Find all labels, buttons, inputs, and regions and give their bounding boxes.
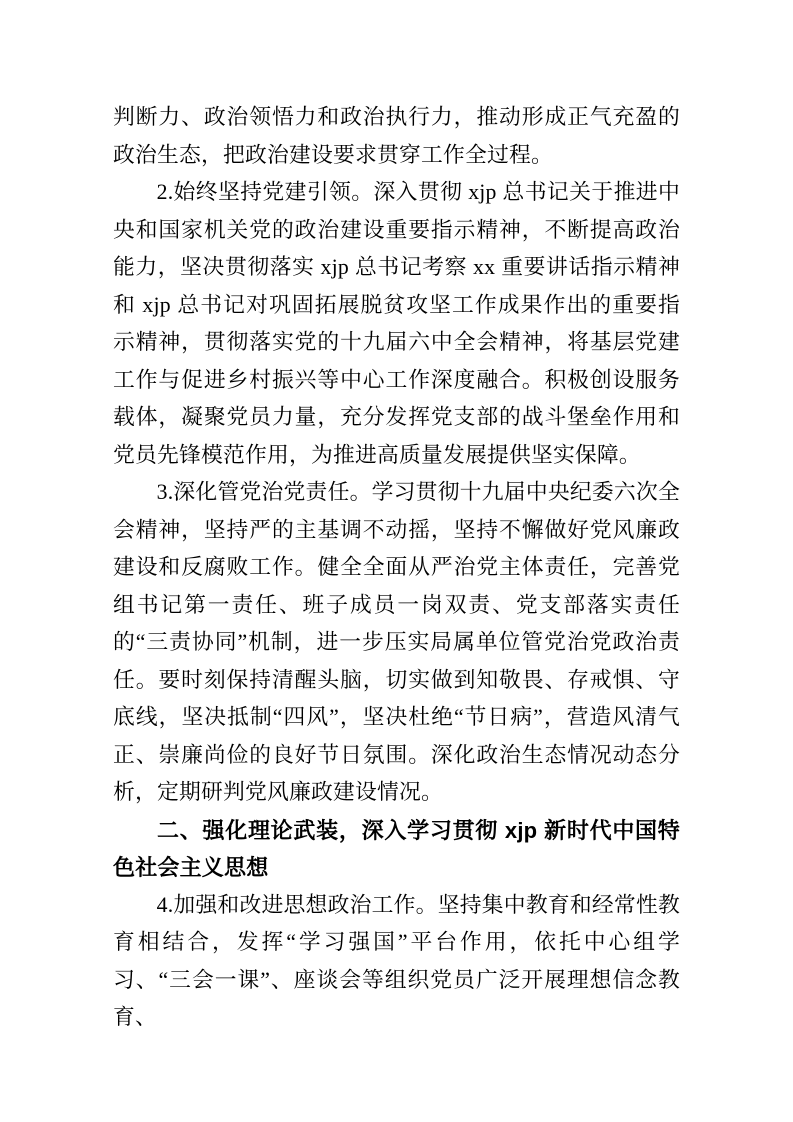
- document-page: 判断力、政治领悟力和政治执行力，推动形成正气充盈的政治生态，把政治建设要求贯穿工…: [0, 0, 793, 1122]
- paragraph-item-4: 4.加强和改进思想政治工作。坚持集中教育和经常性教育相结合，发挥“学习强国”平台…: [113, 887, 680, 1037]
- document-body: 判断力、政治领悟力和政治执行力，推动形成正气充盈的政治生态，把政治建设要求贯穿工…: [113, 99, 680, 1037]
- section-heading-2: 二、强化理论武装，深入学习贯彻 xjp 新时代中国特色社会主义思想: [113, 812, 680, 887]
- paragraph-item-3: 3.深化管党治党责任。学习贯彻十九届中央纪委六次全会精神，坚持严的主基调不动摇，…: [113, 474, 680, 812]
- paragraph-item-2: 2.始终坚持党建引领。深入贯彻 xjp 总书记关于推进中央和国家机关党的政治建设…: [113, 174, 680, 474]
- paragraph-continuation: 判断力、政治领悟力和政治执行力，推动形成正气充盈的政治生态，把政治建设要求贯穿工…: [113, 99, 680, 174]
